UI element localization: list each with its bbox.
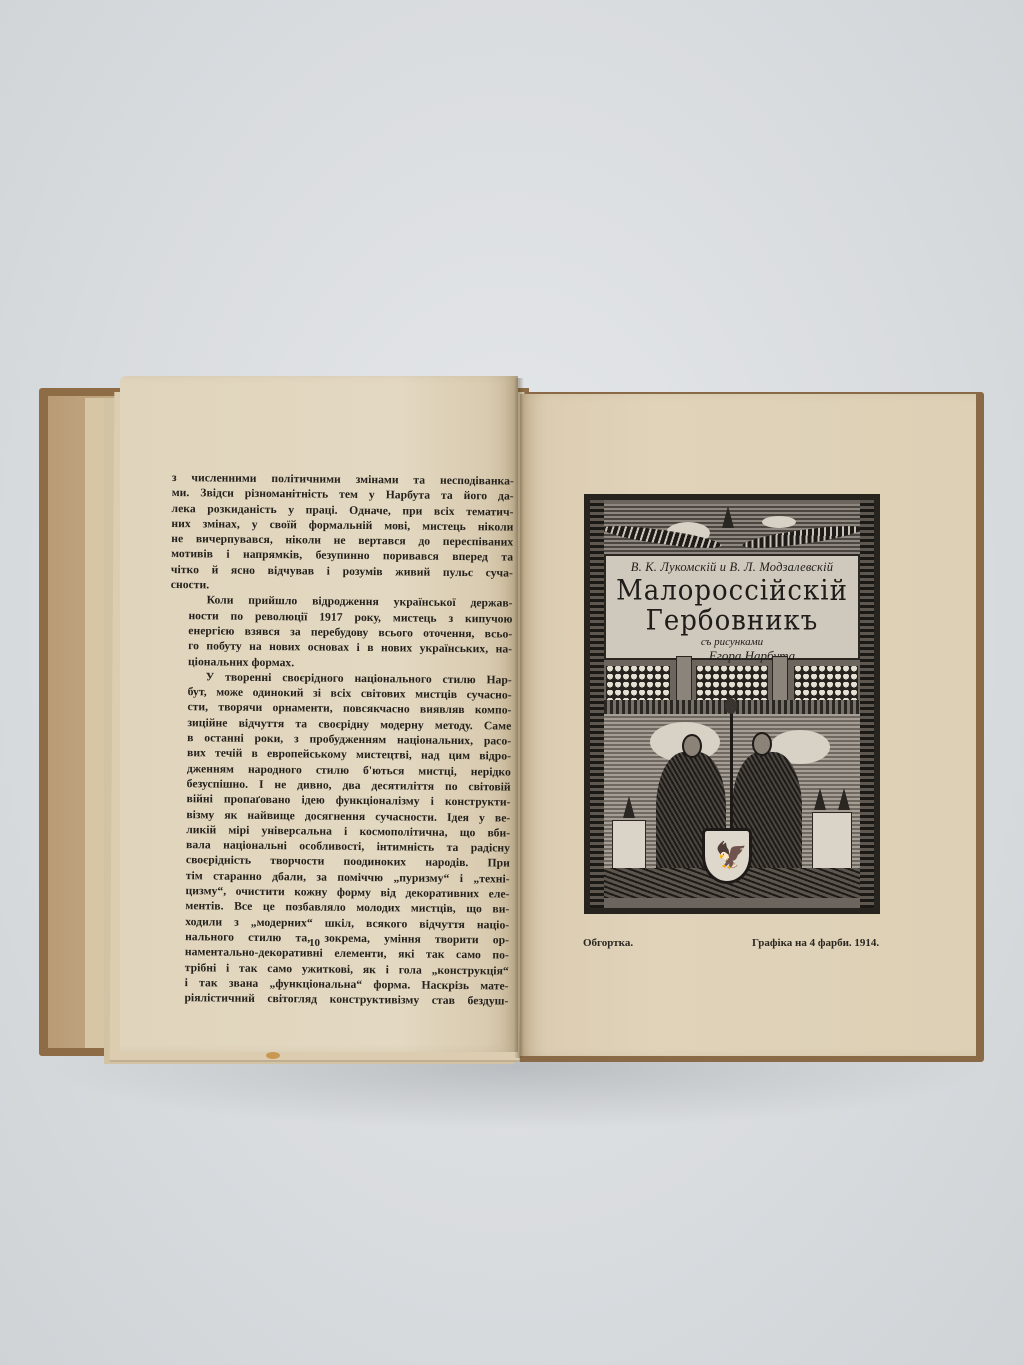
dome-spire: [722, 506, 734, 528]
title-panel: В. К. Лукомскій и В. Л. Модзалевскій Мал…: [604, 554, 860, 660]
plate-caption-right: Графіка на 4 фарби. 1914.: [752, 937, 879, 949]
plate-caption-left: Обгортка.: [583, 937, 633, 949]
figure-head-right: [752, 732, 772, 756]
paragraph: з численними політичними змінами та несп…: [171, 470, 514, 596]
plate-subtitle-1: съ рисунками: [606, 636, 858, 648]
figure-head-left: [682, 734, 702, 758]
mace-head: [725, 698, 737, 714]
plate-title-line-2: Гербовникъ: [606, 606, 858, 636]
page-number: 10: [309, 937, 320, 949]
left-page-text: з численними політичними змінами та несп…: [166, 470, 514, 1009]
book-gutter: [514, 378, 524, 1058]
mace-staff: [730, 710, 733, 830]
ornament-hedge: [696, 666, 768, 700]
ornament-hedge: [794, 666, 858, 700]
frame-pillar-right: [860, 500, 874, 908]
page-stain: [266, 1052, 280, 1059]
ornament-hedge: [606, 666, 670, 700]
cloud: [762, 516, 796, 528]
church-spire: [814, 788, 826, 810]
plate-title-line-1: Малороссійскій: [606, 576, 858, 606]
illustration: В. К. Лукомскій и В. Л. Модзалевскій Мал…: [590, 500, 874, 908]
paragraph: У творенні своєрідного національного сти…: [166, 669, 512, 1009]
frame-pillar-left: [590, 500, 604, 908]
paragraph: Коли прийшло відродження української дер…: [170, 592, 513, 672]
church-spire: [838, 788, 850, 810]
eagle-icon: 🦅: [715, 839, 741, 873]
plate-authors: В. К. Лукомскій и В. Л. Модзалевскій: [606, 560, 858, 575]
coat-of-arms-shield: 🦅: [702, 828, 752, 884]
illustration-plate: В. К. Лукомскій и В. Л. Модзалевскій Мал…: [584, 494, 880, 914]
church-spire: [623, 796, 635, 818]
